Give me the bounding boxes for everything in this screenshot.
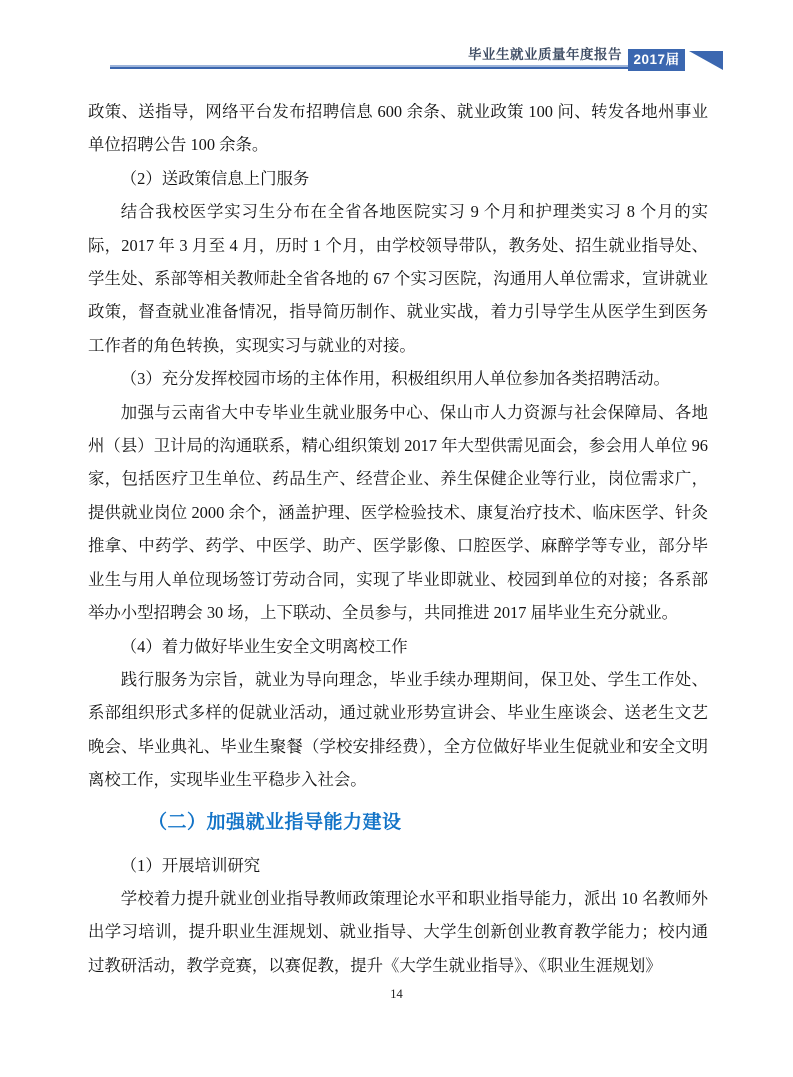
banner-triangle-icon bbox=[689, 51, 723, 70]
year-badge: 2017届 bbox=[628, 49, 685, 71]
paragraph: 践行服务为宗旨，就业为导向理念，毕业手续办理期间，保卫处、学生工作处、系部组织形… bbox=[88, 663, 708, 797]
page-number: 14 bbox=[390, 987, 403, 1001]
paragraph: （2）送政策信息上门服务 bbox=[88, 162, 708, 195]
document-page: 毕业生就业质量年度报告 2017届 政策、送指导，网络平台发布招聘信息 600 … bbox=[0, 0, 793, 1077]
paragraph: 政策、送指导，网络平台发布招聘信息 600 余条、就业政策 100 问、转发各地… bbox=[88, 95, 708, 162]
document-body: 政策、送指导，网络平台发布招聘信息 600 余条、就业政策 100 问、转发各地… bbox=[88, 95, 708, 982]
paragraph: 结合我校医学实习生分布在全省各地医院实习 9 个月和护理类实习 8 个月的实际，… bbox=[88, 195, 708, 362]
paragraph: （1）开展培训研究 bbox=[88, 849, 708, 882]
paragraph: 学校着力提升就业创业指导教师政策理论水平和职业指导能力，派出 10 名教师外出学… bbox=[88, 882, 708, 982]
section-heading: （二）加强就业指导能力建设 bbox=[148, 807, 708, 838]
paragraph: （3）充分发挥校园市场的主体作用，积极组织用人单位参加各类招聘活动。 bbox=[88, 362, 708, 395]
header-rule-line bbox=[110, 65, 630, 69]
paragraph: （4）着力做好毕业生安全文明离校工作 bbox=[88, 630, 708, 663]
report-title: 毕业生就业质量年度报告 bbox=[110, 46, 622, 64]
page-footer: 14 bbox=[0, 987, 793, 1002]
paragraph: 加强与云南省大中专毕业生就业服务中心、保山市人力资源与社会保障局、各地州（县）卫… bbox=[88, 396, 708, 630]
